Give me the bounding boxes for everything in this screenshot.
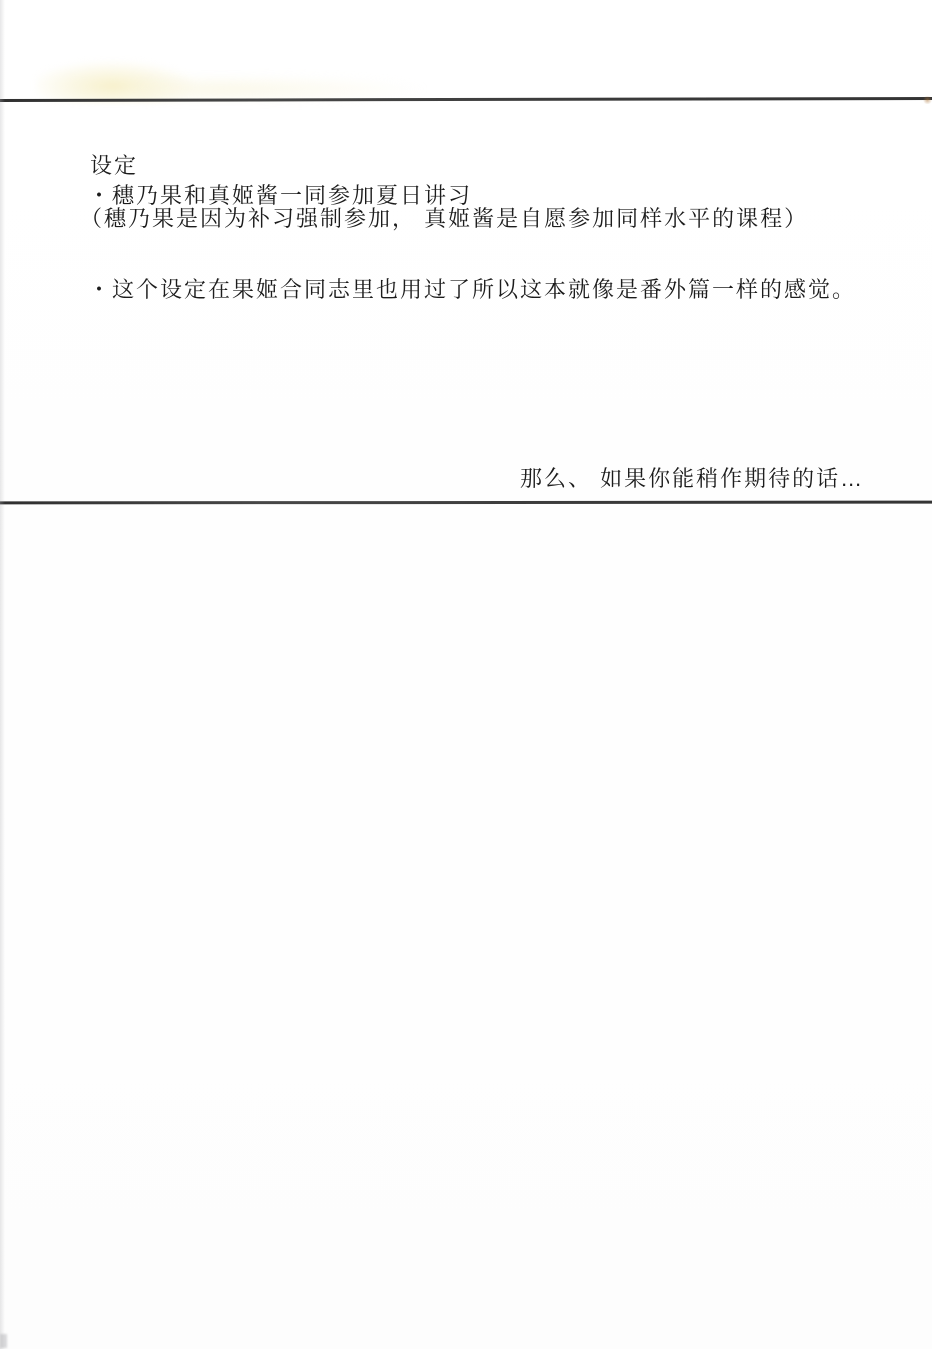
scan-corner-artifact (0, 1334, 7, 1348)
setting-bullet-1: ・穗乃果和真姬酱一同参加夏日讲习 (88, 184, 472, 208)
setting-bullet-2: ・这个设定在果姬合同志里也用过了所以这本就像是番外篇一样的感觉。 (88, 278, 856, 302)
scan-edge-artifact (0, 0, 5, 1349)
horizontal-rule-top (0, 97, 932, 102)
scanned-doujin-page: 设定 ・穗乃果和真姬酱一同参加夏日讲习 （穗乃果是因为补习强制参加， 真姬酱是自… (0, 0, 932, 1349)
closing-line: 那么、 如果你能稍作期待的话… (520, 467, 864, 491)
horizontal-rule-middle (0, 501, 932, 505)
rule-end-fleck (923, 96, 932, 104)
setting-bullet-1-note: （穗乃果是因为补习强制参加， 真姬酱是自愿参加同样水平的课程） (80, 207, 808, 231)
page-title: 设定 (90, 154, 138, 178)
